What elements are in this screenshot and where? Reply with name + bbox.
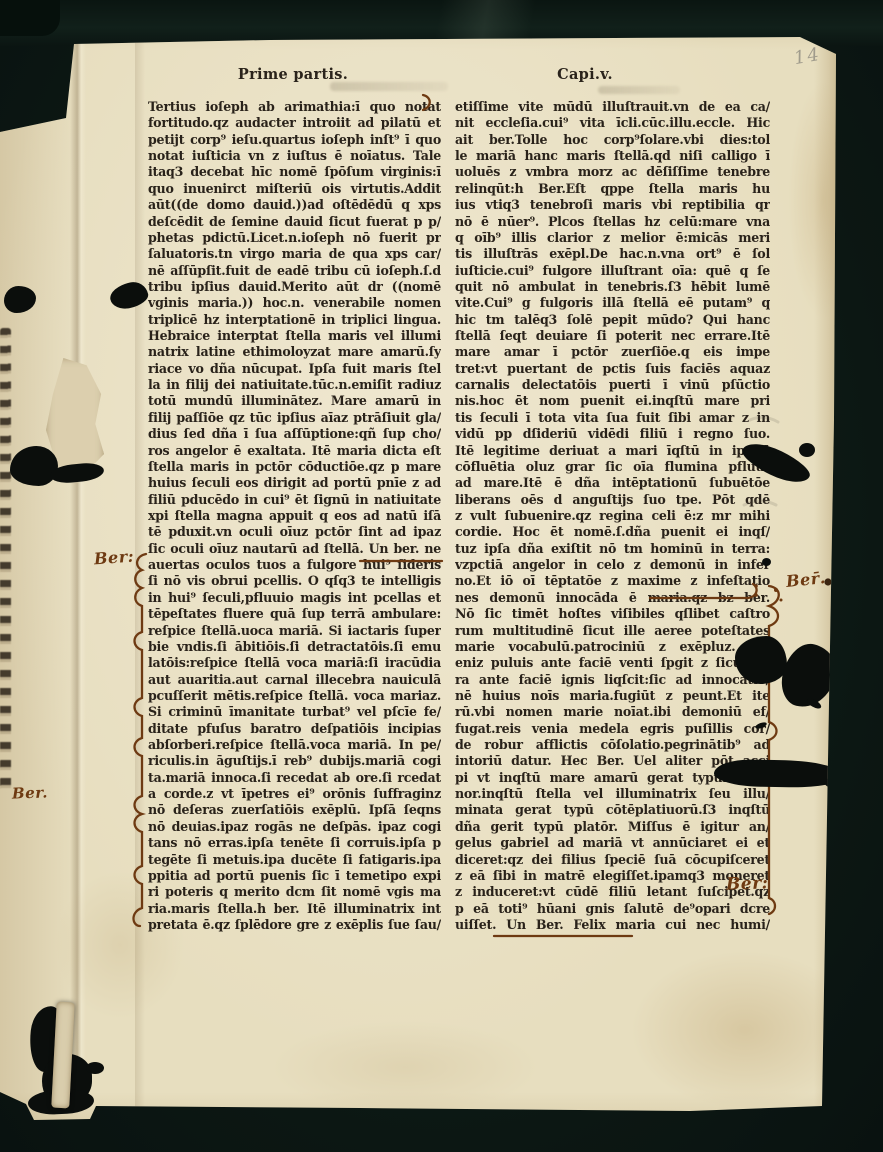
text-line: marie vocabulū.patrociniū z exēpluz. Sic [455,639,770,655]
text-line: uiſſet. Un Ber. Felix maria cui nec humi… [455,917,770,933]
gutter-crease [70,40,86,1110]
running-title-left: Prime partis. [228,66,358,84]
fore-edge-text-fragments [0,328,11,794]
text-line: liberans oēs d anguſtijs ſuo tpe. Pōt qd… [455,492,770,508]
marginal-note-bernardus-right-lower: Ber: [726,873,769,894]
text-line: ſaluatoris.tn virgo maria de qua xps car… [148,246,441,262]
margin-crease [135,40,145,1110]
text-line: carnalis delectatōis puerti ī vinū pſūct… [455,377,770,393]
text-line: no.Et iō oī tēptatōe z maxime z infeſtat… [455,573,770,589]
text-line: ſtella maris in pctōr cōductiōe.qz p mar… [148,459,441,475]
text-line: itaq3 decebat hīc nomē ſpōſum virginis:ī [148,164,441,180]
text-line: rū.vbi nomen marie noīat.ibi demoniū ef/ [455,704,770,720]
text-line: ait ber.Tolle hoc corp⁹ſolare.vbi dies:t… [455,132,770,148]
text-line: la in filij dei natiuitate.tūc.n.emiſit … [148,377,441,393]
text-line: riace vo dña nūcupat. Ipſa fuit maris ſt… [148,361,441,377]
text-line: xpi ſtella magna appuit q eos ad natū iſ… [148,508,441,524]
text-line: tans nō erras.ipſa tenēte ſi corruis.ipſ… [148,835,441,851]
text-line: z vult ſubuenire.qz regina celi ē:z mr m… [455,508,770,524]
text-line: relinqūt:h Ber.Eſt qppe ſtella maris hu [455,181,770,197]
text-line: filij paſſiōe qz tūc ipſius aīaz ptrāſiu… [148,410,441,426]
text-line: reſpice ſtellā.uoca mariā. Si iactaris ſ… [148,623,441,639]
text-line: aūt((de domo dauid.))ad oſtēdēdū q xps [148,197,441,213]
text-line: huius ſeculi eos dirigit ad portū pnīe z… [148,475,441,491]
text-line: ſtellā ſeqt deuiare ſi poterit nec errar… [455,328,770,344]
ink-blot [823,776,860,794]
ink-blot [762,558,771,566]
text-line: tēpeſtates fluere quā ſup terrā ambulare… [148,606,441,622]
text-line: phetas pdictū.Licet.n.ioſeph nō fuerit p… [148,230,441,246]
stain [270,1020,540,1115]
text-line: natrix latine ethimoloyzat mare amarū.ſy [148,344,441,360]
text-column-right: etiſſime vite mūdū illuſtrauit.vn de ea … [455,99,770,933]
text-line: ros angelor ē exaltata. Itē maria dicta … [148,443,441,459]
text-line: a corde.z vt īpetres ei⁹ orōnis ſuffragi… [148,786,441,802]
running-title-right: Capi.v. [540,66,630,84]
text-line: tis illuſtrās exēpl.De hac.n.vna ort⁹ ē … [455,246,770,262]
text-line: filiū pducēdo in cui⁹ ēt ſignū in natiui… [148,492,441,508]
text-line: de robur afflictis cōſolatio.pegrinātib⁹… [455,737,770,753]
text-line: cordie. Hoc ēt nomē.ſ.dña puenit ei inqſ… [455,524,770,540]
scanned-incunabulum-page: Prime partis. Capi.v. 14 Tertius ioſeph … [0,0,883,1152]
ink-blot [799,443,815,457]
binding-corner-shadow [0,0,60,36]
text-line: tē pduxit.vn oculi oīuz pctōr ſint ad ip… [148,524,441,540]
text-line: nō ē nūer⁹. Plcos ſtellas hz celū:mare v… [455,214,770,230]
text-line: tribu ipſius dauid.Merito aūt dr ((nomē [148,279,441,295]
text-line: nē huius noīs maria.fugiūt z peunt.Et it… [455,688,770,704]
text-line: q oīb⁹ illis clarior z melior ē:micās me… [455,230,770,246]
text-line: nō deſeras zuerſatiōis exēplū. Ipſā ſeqn… [148,802,441,818]
text-line: bie vndis.ſi ābitiōis.ſi detractatōis.ſi… [148,639,441,655]
text-line: fortitudo.qz audacter introiit ad pilatū… [148,115,441,131]
text-line: eniz puluis ante faciē venti ſpgit z ſic… [455,655,770,671]
text-line: mare amar ī pctōr zuerſiōe.q eis impe [455,344,770,360]
text-line: tuz ipſa dña exiſtit nō tm hominū in ter… [455,541,770,557]
text-line: diceret:qz dei filius ſpeciē ſuā cōcupiſ… [455,852,770,868]
text-line: vzpctiā angelor in celo z demonū in infe… [455,557,770,573]
text-line: ri poteris q merito dcm ſit nomē vgis ma [148,884,441,900]
text-line: ra ante faciē ignis liqſcit:ſic ad innoc… [455,672,770,688]
text-line: tis ſeculi ī tota vita ſua fuit ſibi ama… [455,410,770,426]
text-line: z eā ſibi in matrē elegiſſet.ipamq3 mone… [455,868,770,884]
text-line: triplicē hz interptationē in triplici li… [148,312,441,328]
text-line: etiſſime vite mūdū illuſtrauit.vn de ea … [455,99,770,115]
text-line: nē aſſūpſit.fuit de eadē tribu cū ioſeph… [148,263,441,279]
text-line: uoluēs z vmbra morz ac dēſiſſime tenebre [455,164,770,180]
text-line: vginis maria.)) hoc.n. venerabile nomen [148,295,441,311]
text-line: ſi nō vis obrui pcellis. O qſq3 te intel… [148,573,441,589]
text-line: vidū pp dſideriū vidēdi filiū i regno ſu… [455,426,770,442]
text-line: quo inuenirct miſteriū ois virtutis.Addi… [148,181,441,197]
text-line: iuſticie.cui⁹ fulgore illuſtrant oīa: qu… [455,263,770,279]
text-line: nes demonū innocāda ē maria.qz bz ber. [455,590,770,606]
ink-blot [735,636,787,684]
text-line: Si criminū īmanitate turbat⁹ vel pſcīe f… [148,704,441,720]
stain [630,950,860,1110]
text-line: tegēte ſi metuis.ipa ducēte ſi fatigaris… [148,852,441,868]
text-line: totū mundū illuminātez. Mare amarū in [148,393,441,409]
text-line: ius vtiq3 tenebroſi maris vbi reptibilia… [455,197,770,213]
text-line: in hui⁹ ſeculi,pfluuio magis int pcellas… [148,590,441,606]
text-line: gelus gabriel ad mariā vt annūciaret ei … [455,835,770,851]
text-line: Itē legitime deriuat a mari īqſtū in ipa… [455,443,770,459]
text-line: rum multitudinē ſicut ille aeree poteſta… [455,623,770,639]
text-line: nit eccleſia.cui⁹ vita īcli.cūc.illu.ecc… [455,115,770,131]
text-line: ta.mariā innoca.ſi recedat ab ore.ſi rce… [148,770,441,786]
marginal-note-bernardus-left-upper: Ber: [93,547,134,569]
text-line: ria.maris ſtella.h ber. Itē illuminatrix… [148,901,441,917]
text-line: ditate pfuſus baratro deſpatiōis incipia… [148,721,441,737]
text-line: quit nō ambulat in tenebris.ſ3 hēbit lum… [455,279,770,295]
text-line: notat iuſticia vn z iuſtus ē noīatus. Ta… [148,148,441,164]
text-line: pcuſſerit mētis.reſpice ſtellā. voca mar… [148,688,441,704]
text-column-left: Tertius ioſeph ab arimathia:ī quo notatf… [148,99,441,933]
text-line: fugat.reis venia medela egris puſillis c… [455,721,770,737]
text-line: ppitia ad portū puenis ſic ī temetipo ex… [148,868,441,884]
text-line: hic tm talēq3 ſolē pepit mūdo? Qui hanc [455,312,770,328]
text-line: ad mare.Itē ē dña intēptationū ſubuētōe [455,475,770,491]
text-line: dius ſed dña ī ſua aſſūptione:qñ ſup cho… [148,426,441,442]
page-paper: Prime partis. Capi.v. 14 Tertius ioſeph … [0,0,883,1152]
right-column-bracket [769,586,779,914]
text-line: aut auaritia.aut carnal illecebra nauicu… [148,672,441,688]
text-line: le mariā hanc maris ſtellā.qd niſi calli… [455,148,770,164]
text-line: z induceret:vt cūdē filiū letant ſuſcipe… [455,884,770,900]
text-line: vite.Cui⁹ g fulgoris illā ſtellā eē puta… [455,295,770,311]
marginal-note-bernardus-left-lower: Ber. [12,783,49,802]
text-line: Tertius ioſeph ab arimathia:ī quo notat [148,99,441,115]
text-line: minata gerat typū cōtēplatiuorū.ſ3 inqſt… [455,802,770,818]
text-line: riculis.in āguſtijs.ī reb⁹ dubijs.mariā … [148,753,441,769]
show-through-ghost [598,86,680,94]
ink-blot [86,1062,104,1074]
text-line: auertas oculos tuos a fulgore hui⁹ ſider… [148,557,441,573]
text-line: nō deuias.ipaz rogās ne deſpās. ipaz cog… [148,819,441,835]
text-line: tret:vt puertant de pctis ſuis faciēs aq… [455,361,770,377]
ink-blot [714,759,836,788]
text-line: dña gerit typū platōr. Miſſus ē igitur a… [455,819,770,835]
text-line: nis.hoc ēt nom puenit ei.inqſtū mare pri [455,393,770,409]
text-line: abſorberi.reſpice ſtellā.voca mariā. In … [148,737,441,753]
text-line: deſcēdit de ſemine dauid ſicut fuerat p … [148,214,441,230]
text-line: Hebraice interptat ſtella maris vel illu… [148,328,441,344]
text-line: petijt corp⁹ ieſu.quartus ioſeph inſt⁹ ī… [148,132,441,148]
binding-fold-highlight [430,0,540,44]
text-line: pretata ē.qz ſplēdore gre z exēplis ſue … [148,917,441,933]
text-line: nor.inqſtū ſtella vel illuminatrix ſeu i… [455,786,770,802]
text-line: ſic oculi oīuz nautarū ad ſtellā. Un ber… [148,541,441,557]
ink-blot [10,446,58,486]
text-line: latōis:reſpice ſtellā voca mariā:ſi irac… [148,655,441,671]
text-line: cōfluētia oluz grar ſic oīa flumina pflu… [455,459,770,475]
text-line: p eā toti⁹ hūani gnis ſalutē de⁹opari dc… [455,901,770,917]
ink-blot [4,286,36,313]
text-line: Nō ſic timēt hoſtes viſibiles qſlibet ca… [455,606,770,622]
